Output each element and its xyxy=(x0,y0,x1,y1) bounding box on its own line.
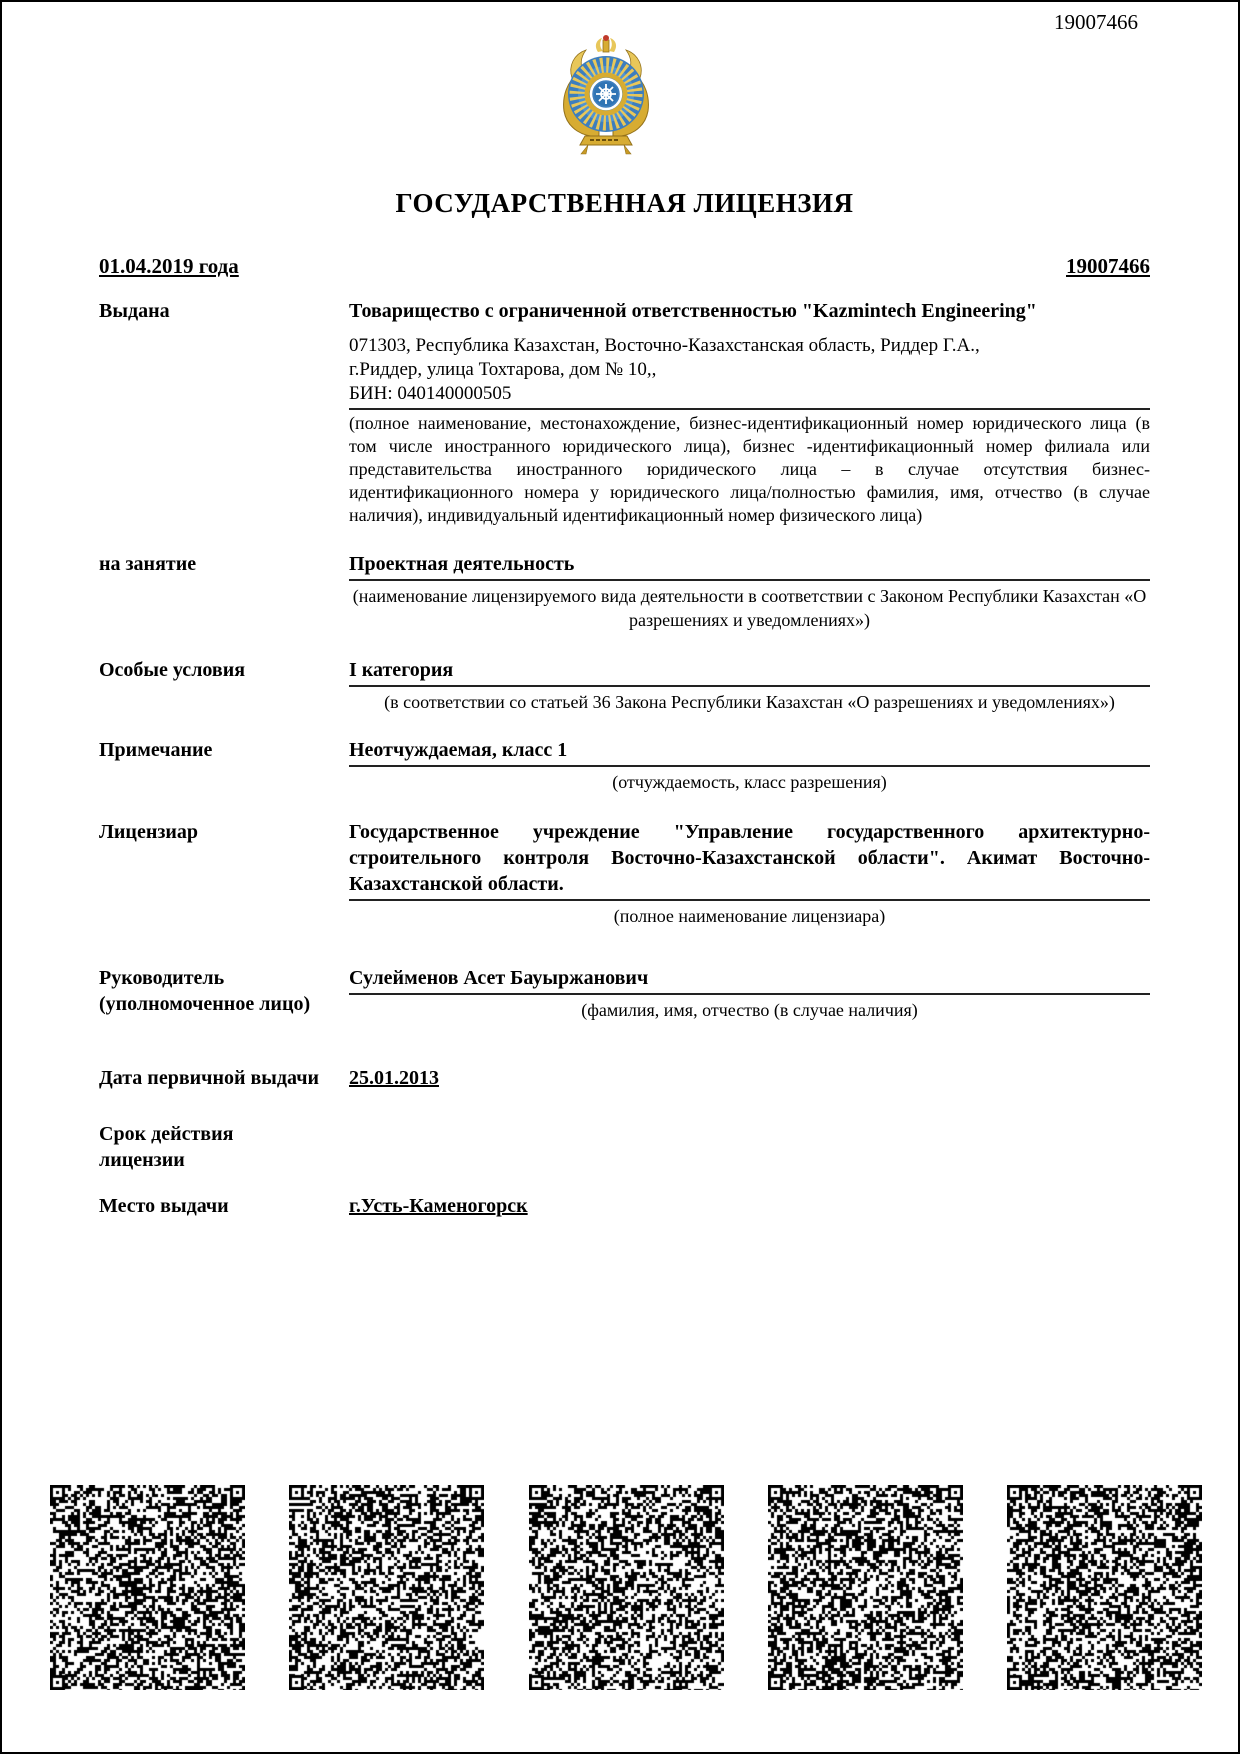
field-licensor: Лицензиар Государственное учреждение "Уп… xyxy=(99,819,1150,929)
place-label: Место выдачи xyxy=(99,1193,349,1219)
licensee-address-line2: г.Риддер, улица Тохтарова, дом № 10,, xyxy=(349,358,1150,382)
activity-value: Проектная деятельность xyxy=(349,551,1150,581)
2d-barcode xyxy=(1007,1485,1202,1690)
field-validity-period: Срок действия лицензии xyxy=(99,1121,1150,1173)
fields-area: Выдана Товарищество с ограниченной ответ… xyxy=(99,298,1150,1219)
remark-value: Неотчуждаемая, класс 1 xyxy=(349,737,1150,767)
first-issue-value: 25.01.2013 xyxy=(349,1065,439,1091)
field-activity: на занятие Проектная деятельность (наиме… xyxy=(99,551,1150,633)
licensee-address-line1: 071303, Республика Казахстан, Восточно-К… xyxy=(349,334,1150,358)
place-value: г.Усть-Каменогорск xyxy=(349,1193,528,1219)
head-label: Руководитель (уполномоченное лицо) xyxy=(99,965,349,1017)
remark-label: Примечание xyxy=(99,737,349,763)
field-issued-to: Выдана Товарищество с ограниченной ответ… xyxy=(99,298,1150,527)
2d-barcode xyxy=(289,1485,484,1690)
licensor-label: Лицензиар xyxy=(99,819,349,845)
special-conditions-label: Особые условия xyxy=(99,657,349,683)
license-document: 19007466 xyxy=(0,0,1240,1754)
first-issue-label: Дата первичной выдачи xyxy=(99,1065,349,1091)
field-place-of-issue: Место выдачи г.Усть-Каменогорск xyxy=(99,1193,1150,1219)
date-and-number-row: 01.04.2019 года 19007466 xyxy=(99,254,1150,279)
kazakhstan-emblem-icon xyxy=(554,32,658,158)
field-head: Руководитель (уполномоченное лицо) Сулей… xyxy=(99,965,1150,1023)
field-special-conditions: Особые условия I категория (в соответств… xyxy=(99,657,1150,715)
2d-barcode xyxy=(529,1485,724,1690)
licensor-value: Государственное учреждение "Управление г… xyxy=(349,819,1150,901)
barcode-row xyxy=(50,1485,1202,1690)
2d-barcode xyxy=(50,1485,245,1690)
validity-label: Срок действия лицензии xyxy=(99,1121,349,1173)
2d-barcode xyxy=(768,1485,963,1690)
issue-date: 01.04.2019 года xyxy=(99,254,239,279)
field-remark: Примечание Неотчуждаемая, класс 1 (отчуж… xyxy=(99,737,1150,795)
page-title: ГОСУДАРСТВЕННАЯ ЛИЦЕНЗИЯ xyxy=(99,188,1150,219)
issued-to-footnote: (полное наименование, местонахождение, б… xyxy=(349,412,1150,527)
activity-label: на занятие xyxy=(99,551,349,577)
field-first-issue-date: Дата первичной выдачи 25.01.2013 xyxy=(99,1065,1150,1091)
head-value: Сулейменов Асет Бауыржанович xyxy=(349,965,1150,995)
licensee-bin: БИН: 040140000505 xyxy=(349,382,1150,406)
document-number-top: 19007466 xyxy=(1054,10,1138,35)
special-conditions-footnote: (в соответствии со статьей 36 Закона Рес… xyxy=(349,691,1150,715)
remark-footnote: (отчуждаемость, класс разрешения) xyxy=(349,771,1150,795)
special-conditions-value: I категория xyxy=(349,657,1150,687)
licensee-address-block: 071303, Республика Казахстан, Восточно-К… xyxy=(349,334,1150,410)
license-number: 19007466 xyxy=(1066,254,1150,279)
head-footnote: (фамилия, имя, отчество (в случае наличи… xyxy=(349,999,1150,1023)
issued-to-label: Выдана xyxy=(99,298,349,324)
licensor-footnote: (полное наименование лицензиара) xyxy=(349,905,1150,929)
licensee-name: Товарищество с ограниченной ответственно… xyxy=(349,298,1150,324)
activity-footnote: (наименование лицензируемого вида деятел… xyxy=(349,585,1150,633)
